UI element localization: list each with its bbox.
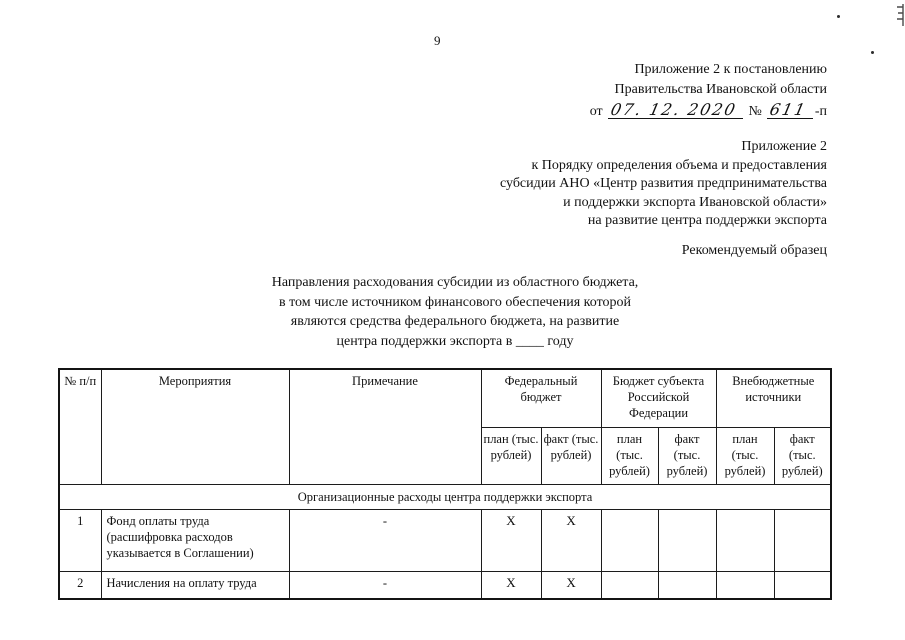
cell-ext-plan <box>716 571 774 599</box>
title-line: центра поддержки экспорта в ____ году <box>55 332 855 352</box>
scan-artifact-dot <box>871 51 874 54</box>
cell-note: - <box>289 509 481 571</box>
title-line: Направления расходования субсидии из обл… <box>55 273 855 293</box>
col-header-federal-budget: Федеральный бюджет <box>481 369 601 427</box>
col-header-subject-budget: Бюджет субъекта Российской Федерации <box>601 369 716 427</box>
cell-ext-plan <box>716 509 774 571</box>
table-header-row-groups: № п/п Мероприятия Примечание Федеральный… <box>59 369 831 427</box>
appendix-reference-block: Приложение 2 к Порядку определения объем… <box>500 138 827 231</box>
cell-num: 2 <box>59 571 101 599</box>
cell-fed-plan: Х <box>481 509 541 571</box>
subheader-plan: план (тыс. рублей) <box>716 427 774 484</box>
subheader-plan: план (тыс. рублей) <box>481 427 541 484</box>
scan-artifact-corner-mark <box>893 3 905 27</box>
resolution-reference-block: Приложение 2 к постановлению Правительст… <box>590 60 827 122</box>
date-prefix: от <box>590 104 603 119</box>
cell-activity: Фонд оплаты труда (расшифровка расходов … <box>101 509 289 571</box>
scan-artifact-dot <box>837 15 840 18</box>
cell-num: 1 <box>59 509 101 571</box>
cell-subj-fact <box>658 509 716 571</box>
page-number: 9 <box>434 33 441 49</box>
table-row: 1 Фонд оплаты труда (расшифровка расходо… <box>59 509 831 571</box>
cell-subj-plan <box>601 571 658 599</box>
appendix-line: субсидии АНО «Центр развития предпринима… <box>500 175 827 194</box>
col-header-num: № п/п <box>59 369 101 484</box>
subheader-fact: факт (тыс. рублей) <box>658 427 716 484</box>
title-line: являются средства федерального бюджета, … <box>55 312 855 332</box>
cell-activity: Начисления на оплату труда <box>101 571 289 599</box>
handwritten-date: 07. 12. 2020 <box>608 101 743 119</box>
document-title: Направления расходования субсидии из обл… <box>55 273 855 351</box>
subheader-fact: факт (тыс. рублей) <box>774 427 831 484</box>
cell-fed-plan: Х <box>481 571 541 599</box>
appendix-line: Приложение 2 <box>500 138 827 157</box>
appendix-line: и поддержки экспорта Ивановской области» <box>500 194 827 213</box>
number-suffix: -п <box>815 104 827 119</box>
cell-fed-fact: Х <box>541 571 601 599</box>
subheader-fact: факт (тыс. рублей) <box>541 427 601 484</box>
appendix-line: к Порядку определения объема и предостав… <box>500 157 827 176</box>
scanned-document-page: 9 Приложение 2 к постановлению Правитель… <box>0 0 905 640</box>
recommended-sample-label: Рекомендуемый образец <box>682 243 827 259</box>
cell-ext-fact <box>774 571 831 599</box>
cell-ext-fact <box>774 509 831 571</box>
title-line: в том числе источником финансового обесп… <box>55 293 855 313</box>
cell-note: - <box>289 571 481 599</box>
col-header-extrabudget: Внебюджетные источники <box>716 369 831 427</box>
cell-subj-plan <box>601 509 658 571</box>
appendix-line: на развитие центра поддержки экспорта <box>500 212 827 231</box>
resolution-line: Правительства Ивановской области <box>590 80 827 100</box>
col-header-activities: Мероприятия <box>101 369 289 484</box>
table-section-row: Организационные расходы центра поддержки… <box>59 484 831 509</box>
table-row: 2 Начисления на оплату труда - Х Х <box>59 571 831 599</box>
resolution-date-line: от 07. 12. 2020 № 611-п <box>590 101 827 122</box>
number-sign: № <box>748 104 761 119</box>
subheader-plan: план (тыс. рублей) <box>601 427 658 484</box>
cell-subj-fact <box>658 571 716 599</box>
section-row-label: Организационные расходы центра поддержки… <box>59 484 831 509</box>
expenditure-table: № п/п Мероприятия Примечание Федеральный… <box>58 368 832 600</box>
cell-fed-fact: Х <box>541 509 601 571</box>
handwritten-number: 611 <box>767 101 813 119</box>
resolution-line: Приложение 2 к постановлению <box>590 60 827 80</box>
col-header-note: Примечание <box>289 369 481 484</box>
